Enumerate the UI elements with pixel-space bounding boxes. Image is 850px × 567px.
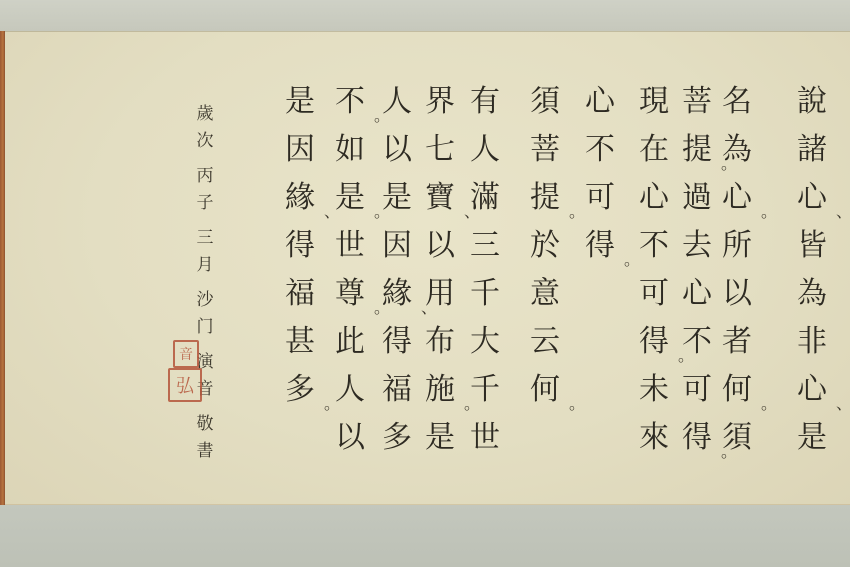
seal-small-glyph: 音 — [179, 344, 193, 364]
character: 福 — [276, 270, 324, 318]
text-column-3: 菩提。過去心不可得。 — [673, 78, 721, 462]
character: 得 — [576, 222, 624, 270]
character: 以 — [373, 126, 421, 174]
seal-small: 音 — [173, 340, 199, 368]
character: 諸 — [788, 126, 836, 174]
character: 須 — [521, 78, 569, 126]
signature-character: 门 — [193, 311, 217, 338]
character: 是 — [416, 414, 464, 462]
character: 可 — [673, 366, 721, 414]
character: 去 — [673, 222, 721, 270]
character: 緣 — [276, 174, 324, 222]
text-column-1: 說諸心、皆為非心、是 — [788, 78, 836, 462]
seal-large: 弘 — [168, 368, 202, 402]
character: 是 — [276, 78, 324, 126]
character: 提 — [521, 174, 569, 222]
text-column-11: 是因緣、得福甚多。 — [276, 78, 324, 414]
character: 如 — [326, 126, 374, 174]
signature-character: 敬 — [193, 408, 217, 435]
signature-character: 歲 — [193, 98, 217, 125]
signature-character: 月 — [193, 249, 217, 276]
character: 世 — [461, 414, 509, 462]
character: 菩 — [673, 78, 721, 126]
character: 皆 — [788, 222, 836, 270]
character: 心 — [673, 270, 721, 318]
signature-character: 沙 — [193, 284, 217, 311]
text-column-5: 心不可得。 — [576, 78, 624, 270]
character: 云 — [521, 318, 569, 366]
character: 多 — [276, 366, 324, 414]
character: 因 — [373, 222, 421, 270]
text-column-6: 須菩提。於意云何。 — [521, 78, 569, 414]
character: 是 — [788, 414, 836, 462]
character: 界 — [416, 78, 464, 126]
text-column-8: 界七寶、以用布施。是 — [416, 78, 464, 462]
text-column-9: 人以是因緣、得福多 — [373, 78, 421, 462]
character: 心 — [788, 366, 836, 414]
character: 菩 — [521, 126, 569, 174]
character: 未 — [630, 366, 678, 414]
character: 得 — [276, 222, 324, 270]
character: 千 — [461, 270, 509, 318]
character: 尊 — [326, 270, 374, 318]
character: 有 — [461, 78, 509, 126]
character: 多 — [373, 414, 421, 462]
character: 因 — [276, 126, 324, 174]
character: 人 — [461, 126, 509, 174]
character: 布 — [416, 318, 464, 366]
scroll-mount-bottom — [0, 505, 850, 567]
character: 三 — [461, 222, 509, 270]
character: 不 — [576, 126, 624, 174]
character: 得 — [373, 318, 421, 366]
character: 何 — [521, 366, 569, 414]
signature-inscription: 歲次丙子三月沙门演音敬書 — [193, 98, 217, 462]
character: 於 — [521, 222, 569, 270]
signature-character: 書 — [193, 435, 217, 462]
character: 寶 — [416, 174, 464, 222]
text-column-4: 現在心不可得。未來 — [630, 78, 678, 462]
character: 現 — [630, 78, 678, 126]
character: 非 — [788, 318, 836, 366]
character: 大 — [461, 318, 509, 366]
character: 不 — [326, 78, 374, 126]
character: 過 — [673, 174, 721, 222]
signature-character: 丙 — [193, 160, 217, 187]
character: 得 — [673, 414, 721, 462]
signature-character: 三 — [193, 222, 217, 249]
character: 心 — [788, 174, 836, 222]
character: 心 — [576, 78, 624, 126]
character: 來 — [630, 414, 678, 462]
character: 得 — [630, 318, 678, 366]
signature-character: 次 — [193, 125, 217, 152]
character: 提 — [673, 126, 721, 174]
character: 甚 — [276, 318, 324, 366]
character: 為 — [788, 270, 836, 318]
character: 以 — [416, 222, 464, 270]
scroll-mount-top — [0, 0, 850, 31]
character: 施 — [416, 366, 464, 414]
character: 心 — [630, 174, 678, 222]
character: 此 — [326, 318, 374, 366]
character: 以 — [326, 414, 374, 462]
character: 在 — [630, 126, 678, 174]
seal-large-glyph: 弘 — [176, 372, 194, 398]
character: 七 — [416, 126, 464, 174]
character: 福 — [373, 366, 421, 414]
signature-character: 子 — [193, 187, 217, 214]
character: 意 — [521, 270, 569, 318]
character: 可 — [630, 270, 678, 318]
character: 說 — [788, 78, 836, 126]
character: 世 — [326, 222, 374, 270]
